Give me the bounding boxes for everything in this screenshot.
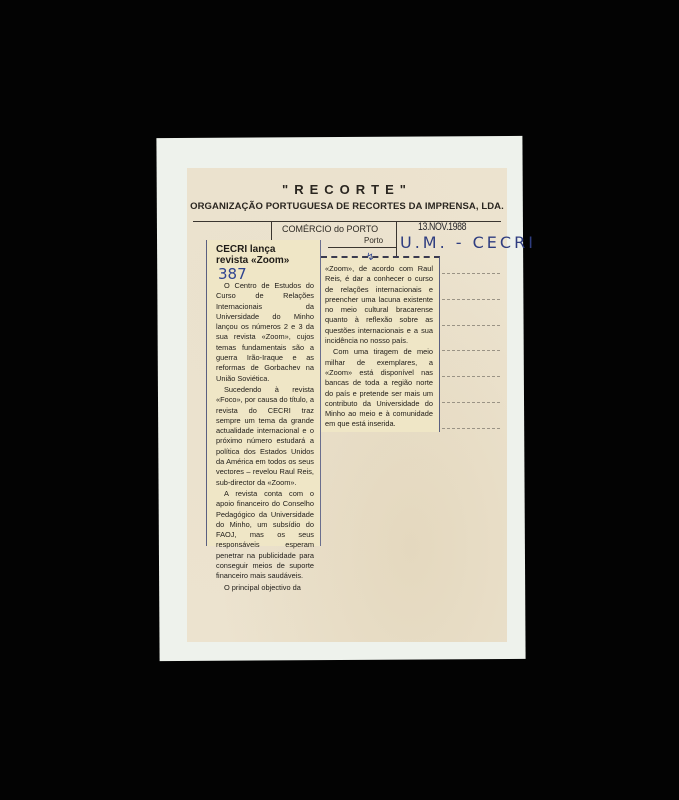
- article-paragraph: «Zoom», de acordo com Raul Reis, é dar a…: [325, 264, 433, 346]
- article-paragraph: Com uma tiragem de meio milhar de exempl…: [325, 347, 433, 429]
- agency-title: "RECORTE": [187, 182, 507, 197]
- ruled-line: [442, 299, 500, 301]
- article-clipping-right: «Zoom», de acordo com Raul Reis, é dar a…: [321, 256, 440, 432]
- newspaper-city: Porto: [364, 236, 383, 245]
- article-headline: CECRI lança revista «Zoom»: [216, 244, 314, 266]
- date-divider: [396, 221, 397, 257]
- ruled-line: [442, 428, 500, 430]
- ruled-line: [442, 402, 500, 404]
- clipping-number-handwriting: 387: [218, 267, 314, 281]
- article-clipping-left: CECRI lança revista «Zoom» 387 O Centro …: [206, 240, 321, 546]
- newspaper-divider: [271, 221, 272, 241]
- ruled-line: [442, 350, 500, 352]
- ruled-line: [442, 376, 500, 378]
- date-stamp: 13.NOV.1988: [418, 221, 466, 233]
- newspaper-name: COMÉRCIO do PORTO: [282, 224, 378, 234]
- article-paragraph: Sucedendo à revista «Foco», por causa do…: [216, 385, 314, 488]
- ruled-line: [442, 273, 500, 275]
- agency-name: ORGANIZAÇÃO PORTUGUESA DE RECORTES DA IM…: [187, 201, 507, 212]
- ruled-line: [442, 325, 500, 327]
- headline-line-1: CECRI lança: [216, 244, 314, 255]
- article-paragraph: A revista conta com o apoio financeiro d…: [216, 489, 314, 582]
- pen-mark-icon: ↯: [366, 252, 374, 263]
- article-paragraph: O principal objectivo da: [216, 583, 314, 593]
- client-handwriting: U.M. - CECRI: [400, 233, 536, 252]
- city-underline: [328, 247, 396, 248]
- article-paragraph: O Centro de Estudos do Curso de Relações…: [216, 281, 314, 384]
